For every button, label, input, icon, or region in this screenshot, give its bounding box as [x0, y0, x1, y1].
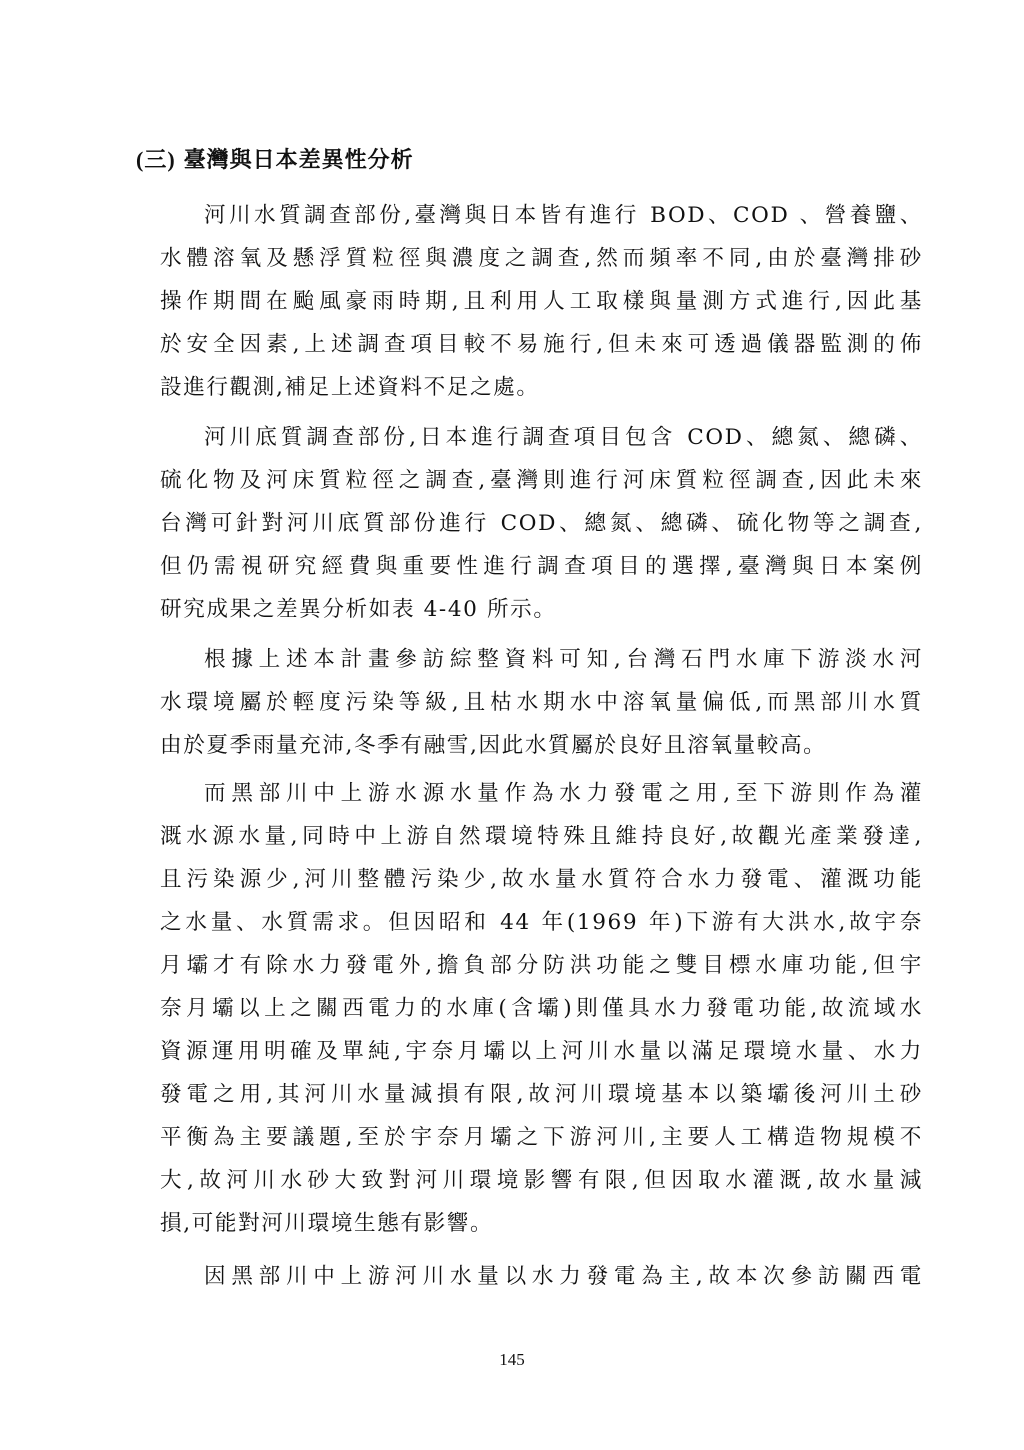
paragraph-line: 平衡為主要議題,至於宇奈月壩之下游河川,主要人工構造物規模不	[160, 1116, 923, 1159]
paragraph-line: 設進行觀測,補足上述資料不足之處。	[160, 366, 923, 409]
paragraph-line: 台灣可針對河川底質部份進行 COD、總氮、總磷、硫化物等之調查,	[160, 502, 923, 545]
paragraph-line: 操作期間在颱風豪雨時期,且利用人工取樣與量測方式進行,因此基	[160, 280, 923, 323]
paragraph-line: 水環境屬於輕度污染等級,且枯水期水中溶氧量偏低,而黑部川水質	[160, 681, 923, 724]
section-title: 臺灣與日本差異性分析	[184, 147, 414, 173]
paragraph-2: 河川底質調查部份,日本進行調查項目包含 COD、總氮、總磷、 硫化物及河床質粒徑…	[160, 416, 923, 631]
paragraph-3: 根據上述本計畫參訪綜整資料可知,台灣石門水庫下游淡水河 水環境屬於輕度污染等級,…	[160, 638, 923, 767]
paragraph-line: 根據上述本計畫參訪綜整資料可知,台灣石門水庫下游淡水河	[160, 638, 923, 681]
paragraph-line: 河川水質調查部份,臺灣與日本皆有進行 BOD、COD 、營養鹽、	[160, 194, 923, 237]
paragraph-line: 水體溶氧及懸浮質粒徑與濃度之調查,然而頻率不同,由於臺灣排砂	[160, 237, 923, 280]
paragraph-line: 於安全因素,上述調查項目較不易施行,但未來可透過儀器監測的佈	[160, 323, 923, 366]
document-page: (三)臺灣與日本差異性分析 河川水質調查部份,臺灣與日本皆有進行 BOD、COD…	[0, 0, 1024, 1450]
paragraph-line: 研究成果之差異分析如表 4-40 所示。	[160, 588, 923, 631]
section-heading: (三)臺灣與日本差異性分析	[136, 143, 414, 177]
paragraph-4: 而黑部川中上游水源水量作為水力發電之用,至下游則作為灌 溉水源水量,同時中上游自…	[160, 772, 923, 1245]
paragraph-line: 月壩才有除水力發電外,擔負部分防洪功能之雙目標水庫功能,但宇	[160, 944, 923, 987]
paragraph-line: 溉水源水量,同時中上游自然環境特殊且維持良好,故觀光產業發達,	[160, 815, 923, 858]
paragraph-1: 河川水質調查部份,臺灣與日本皆有進行 BOD、COD 、營養鹽、 水體溶氧及懸浮…	[160, 194, 923, 409]
paragraph-line: 之水量、水質需求。但因昭和 44 年(1969 年)下游有大洪水,故宇奈	[160, 901, 923, 944]
paragraph-line: 河川底質調查部份,日本進行調查項目包含 COD、總氮、總磷、	[160, 416, 923, 459]
paragraph-line: 且污染源少,河川整體污染少,故水量水質符合水力發電、灌溉功能	[160, 858, 923, 901]
paragraph-line: 發電之用,其河川水量減損有限,故河川環境基本以築壩後河川土砂	[160, 1073, 923, 1116]
paragraph-line: 大,故河川水砂大致對河川環境影響有限,但因取水灌溉,故水量減	[160, 1159, 923, 1202]
paragraph-5: 因黑部川中上游河川水量以水力發電為主,故本次參訪關西電	[160, 1255, 923, 1298]
paragraph-line: 奈月壩以上之關西電力的水庫(含壩)則僅具水力發電功能,故流域水	[160, 987, 923, 1030]
paragraph-line: 硫化物及河床質粒徑之調查,臺灣則進行河床質粒徑調查,因此未來	[160, 459, 923, 502]
paragraph-line: 而黑部川中上游水源水量作為水力發電之用,至下游則作為灌	[160, 772, 923, 815]
section-number: (三)	[136, 147, 176, 172]
paragraph-line: 由於夏季雨量充沛,冬季有融雪,因此水質屬於良好且溶氧量較高。	[160, 724, 923, 767]
paragraph-line: 因黑部川中上游河川水量以水力發電為主,故本次參訪關西電	[160, 1255, 923, 1298]
paragraph-line: 但仍需視研究經費與重要性進行調查項目的選擇,臺灣與日本案例	[160, 545, 923, 588]
paragraph-line: 資源運用明確及單純,宇奈月壩以上河川水量以滿足環境水量、水力	[160, 1030, 923, 1073]
page-number: 145	[0, 1350, 1024, 1370]
paragraph-line: 損,可能對河川環境生態有影響。	[160, 1202, 923, 1245]
